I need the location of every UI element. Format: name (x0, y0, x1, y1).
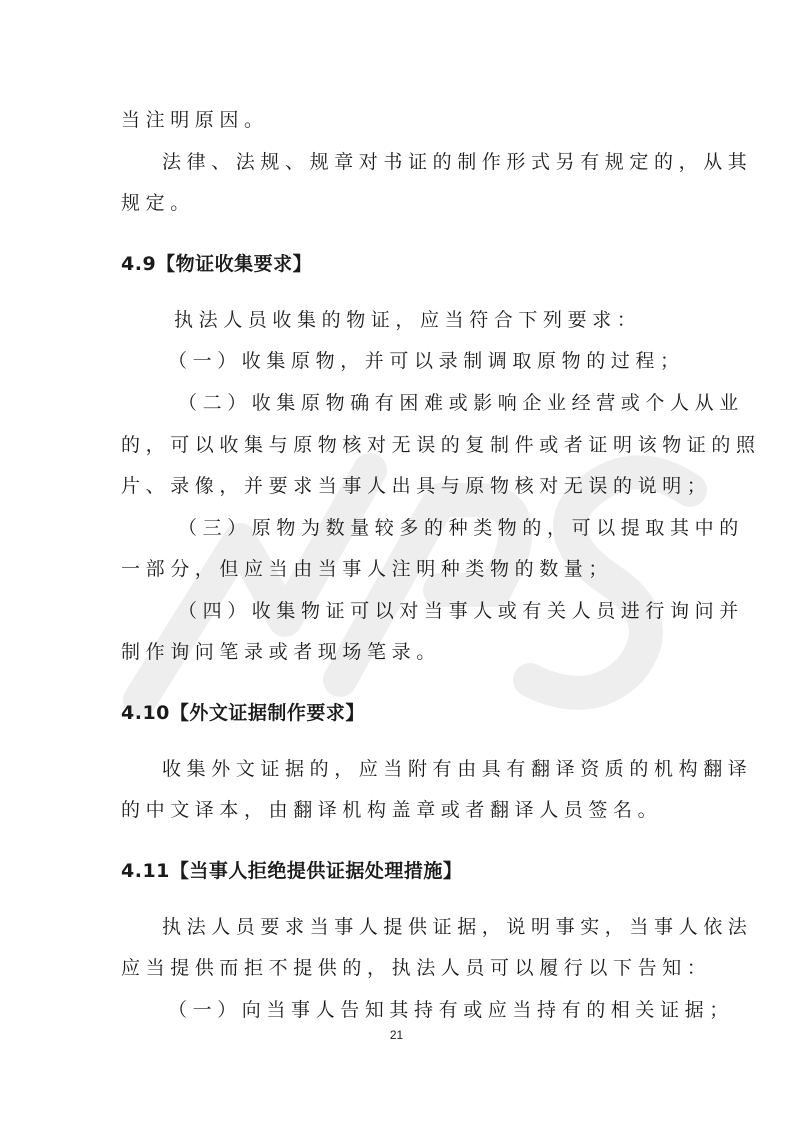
paragraph-line: 一部分，但应当由当事人注明种类物的数量； (121, 557, 613, 581)
paragraph-line: 收集外文证据的，应当附有由具有翻译资质的机构翻译 (162, 757, 752, 781)
list-item: （一）向当事人告知其持有或应当持有的相关证据； (168, 998, 734, 1022)
text-line: 法律、法规、规章对书证的制作形式另有规定的，从其 (162, 150, 752, 174)
list-item: （一）收集原物，并可以录制调取原物的过程； (168, 349, 685, 373)
list-item: （三）原物为数量较多的种类物的，可以提取其中的 (178, 516, 744, 540)
page-number: 21 (0, 1028, 793, 1042)
section-heading-4-11: 4.11【当事人拒绝提供证据处理措施】 (121, 856, 462, 883)
paragraph-line: 执法人员要求当事人提供证据，说明事实，当事人依法 (162, 915, 752, 939)
section-heading-4-10: 4.10【外文证据制作要求】 (121, 698, 365, 725)
section-heading-4-9: 4.9【物证收集要求】 (121, 249, 312, 276)
paragraph-line: 执法人员收集的物证，应当符合下列要求： (174, 308, 641, 332)
list-item: （四）收集物证可以对当事人或有关人员进行询问并 (178, 599, 744, 623)
text-line: 当注明原因。 (121, 108, 269, 132)
paragraph-line: 应当提供而拒不提供的，执法人员可以履行以下告知： (121, 956, 711, 980)
list-item: （二）收集原物确有困难或影响企业经营或个人从业 (178, 391, 744, 415)
paragraph-line: 的中文译本，由翻译机构盖章或者翻译人员签名。 (121, 798, 662, 822)
paragraph-line: 片、录像，并要求当事人出具与原物核对无误的说明； (121, 474, 711, 498)
paragraph-line: 制作询问笔录或者现场笔录。 (121, 640, 441, 664)
paragraph-line: 的，可以收集与原物核对无误的复制件或者证明该物证的照 (121, 433, 761, 457)
document-page: 当注明原因。 法律、法规、规章对书证的制作形式另有规定的，从其 规定。 4.9【… (0, 0, 793, 1122)
text-line: 规定。 (121, 191, 195, 215)
